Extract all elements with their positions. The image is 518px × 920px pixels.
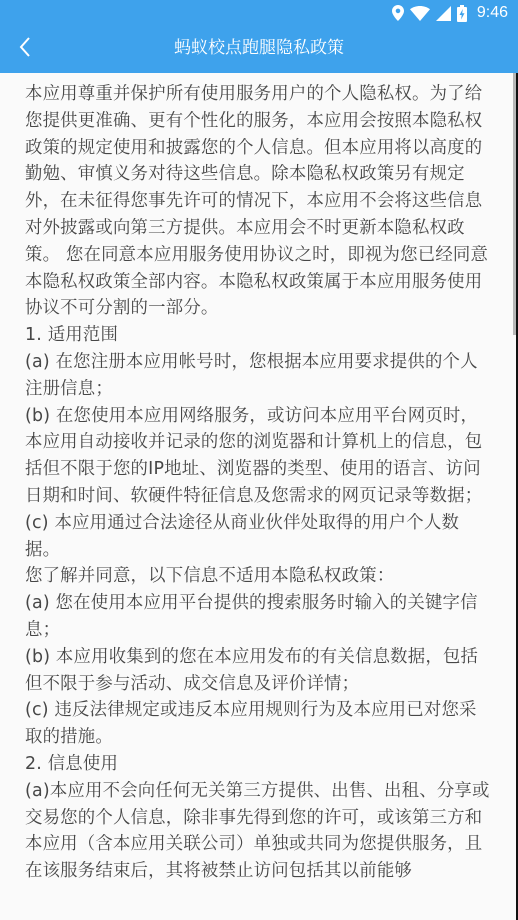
scope-item-c: (c) 本应用通过合法途径从商业伙伴处取得的用户个人数据。 xyxy=(25,510,494,564)
location-icon xyxy=(392,5,404,21)
page-title: 蚂蚁校点跑腿隐私政策 xyxy=(0,26,518,73)
app-bar: 蚂蚁校点跑腿隐私政策 xyxy=(0,26,518,73)
status-time: 9:46 xyxy=(477,4,508,22)
section-heading-scope: 1. 适用范围 xyxy=(25,322,494,349)
wifi-icon xyxy=(410,6,430,21)
exclusion-item-b: (b) 本应用收集到的您在本应用发布的有关信息数据，包括但不限于参与活动、成交信… xyxy=(25,644,494,698)
usage-item-a: (a)本应用不会向任何无关第三方提供、出售、出租、分享或交易您的个人信息，除非事… xyxy=(25,778,494,885)
scope-item-a: (a) 在您注册本应用帐号时，您根据本应用要求提供的个人注册信息； xyxy=(25,349,494,403)
section-heading-usage: 2. 信息使用 xyxy=(25,751,494,778)
policy-text: 本应用尊重并保护所有使用服务用户的个人隐私权。为了给您提供更准确、更有个性化的服… xyxy=(0,73,512,885)
scope-item-b: (b) 在您使用本应用网络服务，或访问本应用平台网页时，本应用自动接收并记录的您… xyxy=(25,403,494,510)
status-bar: 9:46 xyxy=(0,0,518,26)
battery-charging-icon xyxy=(457,5,467,22)
status-icons: 9:46 xyxy=(392,4,508,22)
exclusion-item-a: (a) 您在使用本应用平台提供的搜索服务时输入的关键字信息； xyxy=(25,590,494,644)
policy-content[interactable]: 本应用尊重并保护所有使用服务用户的个人隐私权。为了给您提供更准确、更有个性化的服… xyxy=(0,73,512,920)
policy-intro: 本应用尊重并保护所有使用服务用户的个人隐私权。为了给您提供更准确、更有个性化的服… xyxy=(25,81,494,322)
exclusion-item-c: (c) 违反法律规定或违反本应用规则行为及本应用已对您采取的措施。 xyxy=(25,697,494,751)
cell-signal-icon xyxy=(436,6,451,21)
exclusion-intro: 您了解并同意，以下信息不适用本隐私权政策： xyxy=(25,563,494,590)
